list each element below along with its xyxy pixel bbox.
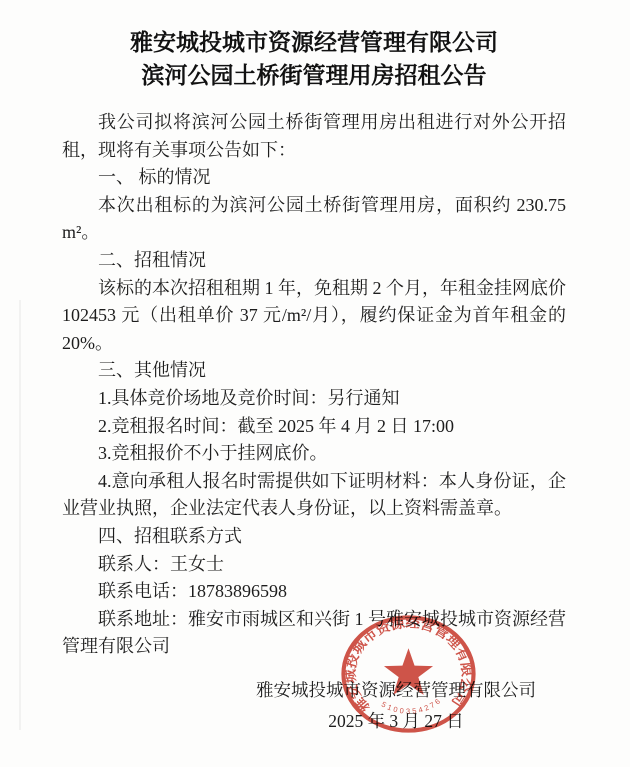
contact-phone: 联系电话：18783896598 — [62, 578, 566, 606]
scan-artifact — [19, 300, 21, 730]
section-2-heading: 二、招租情况 — [62, 247, 566, 275]
title-line-1: 雅安城投城市资源经营管理有限公司 — [62, 26, 566, 59]
signature-company: 雅安城投城市资源经营管理有限公司 — [256, 679, 536, 701]
section-3-item-4: 4.意向承租人报名时需提供如下证明材料：本人身份证，企业营业执照，企业法定代表人… — [62, 468, 566, 523]
section-3-item-3: 3.竞租报价不小于挂网底价。 — [62, 440, 566, 468]
announcement-document: 雅安城投城市资源经营管理有限公司 滨河公园土桥街管理用房招租公告 我公司拟将滨河… — [0, 0, 630, 767]
contact-address: 联系地址：雅安市雨城区和兴街 1 号雅安城投城市资源经营管理有限公司 — [62, 606, 566, 661]
section-1-heading: 一、 标的情况 — [62, 164, 566, 192]
document-content: 雅安城投城市资源经营管理有限公司 滨河公园土桥街管理用房招租公告 我公司拟将滨河… — [0, 0, 630, 732]
title-line-2: 滨河公园土桥街管理用房招租公告 — [62, 59, 566, 92]
section-3-item-1: 1.具体竞价场地及竞价时间：另行通知 — [62, 385, 566, 413]
section-3-item-2: 2.竞租报名时间：截至 2025 年 4 月 2 日 17:00 — [62, 413, 566, 441]
intro-paragraph: 我公司拟将滨河公园土桥街管理用房出租进行对外公开招租，现将有关事项公告如下： — [62, 109, 566, 164]
section-1-paragraph: 本次出租标的为滨河公园土桥街管理用房，面积约 230.75 m²。 — [62, 192, 566, 247]
section-3-heading: 三、其他情况 — [62, 357, 566, 385]
signature-date: 2025 年 3 月 27 日 — [256, 710, 536, 732]
section-2-paragraph: 该标的本次招租租期 1 年，免租期 2 个月，年租金挂网底价 102453 元（… — [62, 275, 566, 358]
document-body: 我公司拟将滨河公园土桥街管理用房出租进行对外公开招租，现将有关事项公告如下： 一… — [62, 109, 566, 661]
document-title: 雅安城投城市资源经营管理有限公司 滨河公园土桥街管理用房招租公告 — [62, 26, 566, 92]
section-4-heading: 四、招租联系方式 — [62, 523, 566, 551]
signature-block: 雅安城投城市资源经营管理有限公司 2025 年 3 月 27 日 — [256, 679, 536, 732]
contact-person: 联系人：王女士 — [62, 551, 566, 579]
